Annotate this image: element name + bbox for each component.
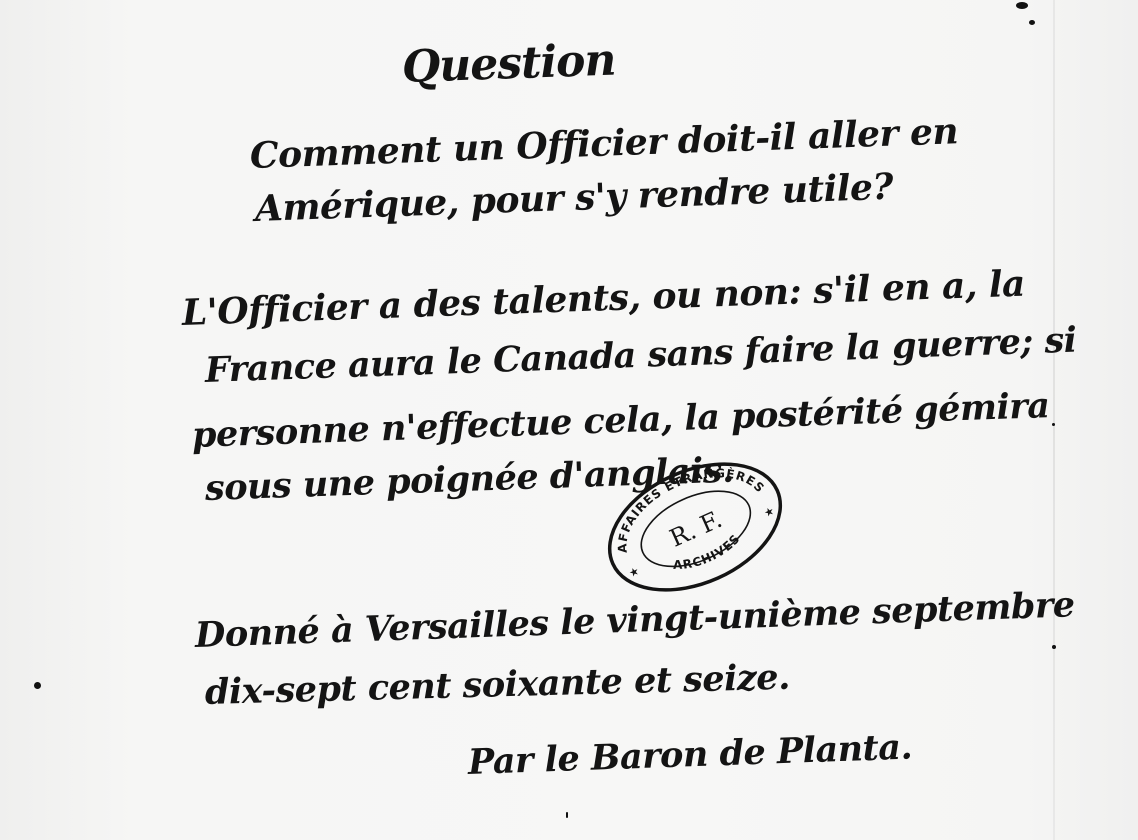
ink-speck — [1052, 423, 1055, 426]
page-fold-shadow — [1053, 0, 1055, 840]
star-icon: ★ — [627, 564, 641, 580]
question-line-2: Amérique, pour s'y rendre utile? — [254, 166, 893, 230]
manuscript-page: Question Comment un Officier doit-il all… — [0, 0, 1138, 840]
document-title: Question — [401, 35, 616, 93]
answer-line-3: personne n'effectue cela, la postérité g… — [191, 385, 1050, 456]
star-icon: ★ — [762, 504, 776, 520]
date-line-2: dix-sept cent soixante et seize. — [204, 657, 790, 713]
ink-speck — [1029, 20, 1035, 25]
signature: Par le Baron de Planta. — [467, 727, 912, 783]
ink-speck — [1016, 2, 1028, 9]
ink-speck — [1052, 645, 1056, 649]
answer-line-2: France aura le Canada sans faire la guer… — [204, 320, 1077, 391]
ink-speck — [34, 682, 41, 689]
ink-speck — [566, 812, 568, 818]
answer-line-1: L'Officier a des talents, ou non: s'il e… — [181, 263, 1025, 334]
